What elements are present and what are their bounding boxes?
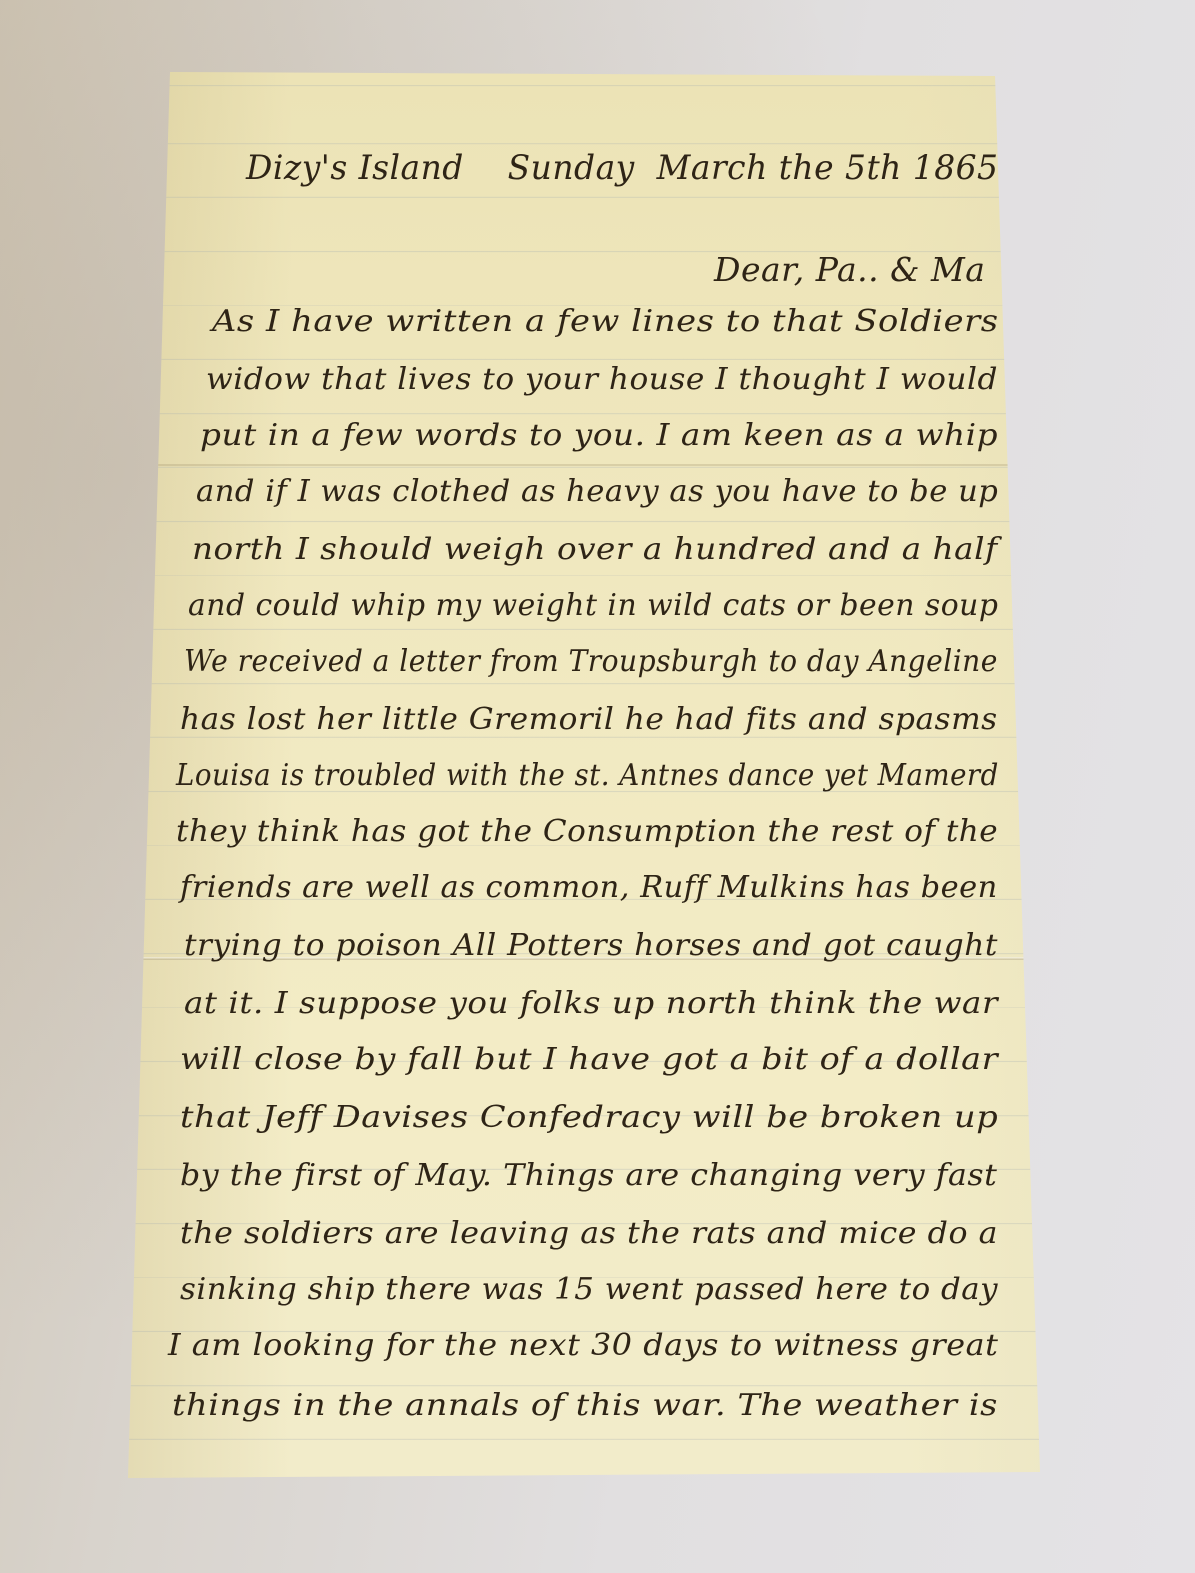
letter-line-17: the soldiers are leaving as the rats and… [180,1216,998,1251]
heading-place: Dizy's Island [246,148,464,188]
letter-heading: Dizy's Island Sunday March the 5th 1865 [246,148,998,188]
letter-line-10: they think has got the Consumption the r… [176,814,998,849]
heading-date: March the 5th 1865 [657,148,999,188]
letter-line-15: that Jeff Davises Confedracy will be bro… [180,1100,998,1135]
heading-day: Sunday [508,148,635,188]
letter-line-11: friends are well as common, Ruff Mulkins… [180,870,998,905]
letter-line-20: things in the annals of this war. The we… [172,1388,998,1423]
letter-line-14: will close by fall but I have got a bit … [180,1042,998,1077]
salutation: Dear, Pa.. & Ma [714,250,985,289]
letter-line-5: north I should weigh over a hundred and … [192,532,998,567]
letter-line-8: has lost her little Gremoril he had fits… [180,702,998,737]
letter-line-12: trying to poison All Potters horses and … [184,928,998,963]
letter-line-13: at it. I suppose you folks up north thin… [184,986,998,1021]
letter-line-7: We received a letter from Troupsburgh to… [184,644,998,679]
letter-line-6: and could whip my weight in wild cats or… [188,588,998,623]
letter-line-4: and if I was clothed as heavy as you hav… [196,474,998,509]
fold-crease-upper [128,464,1040,466]
letter-line-1: As I have written a few lines to that So… [212,304,999,339]
letter-line-18: sinking ship there was 15 went passed he… [180,1272,998,1307]
letter-line-16: by the first of May. Things are changing… [180,1158,997,1193]
letter-line-2: widow that lives to your house I thought… [206,362,998,397]
letter-page: Dizy's Island Sunday March the 5th 1865 … [128,72,1040,1480]
letter-line-19: I am looking for the next 30 days to wit… [168,1328,998,1363]
letter-line-9: Louisa is troubled with the st. Antnes d… [176,758,999,793]
letter-line-3: put in a few words to you. I am keen as … [200,418,998,453]
